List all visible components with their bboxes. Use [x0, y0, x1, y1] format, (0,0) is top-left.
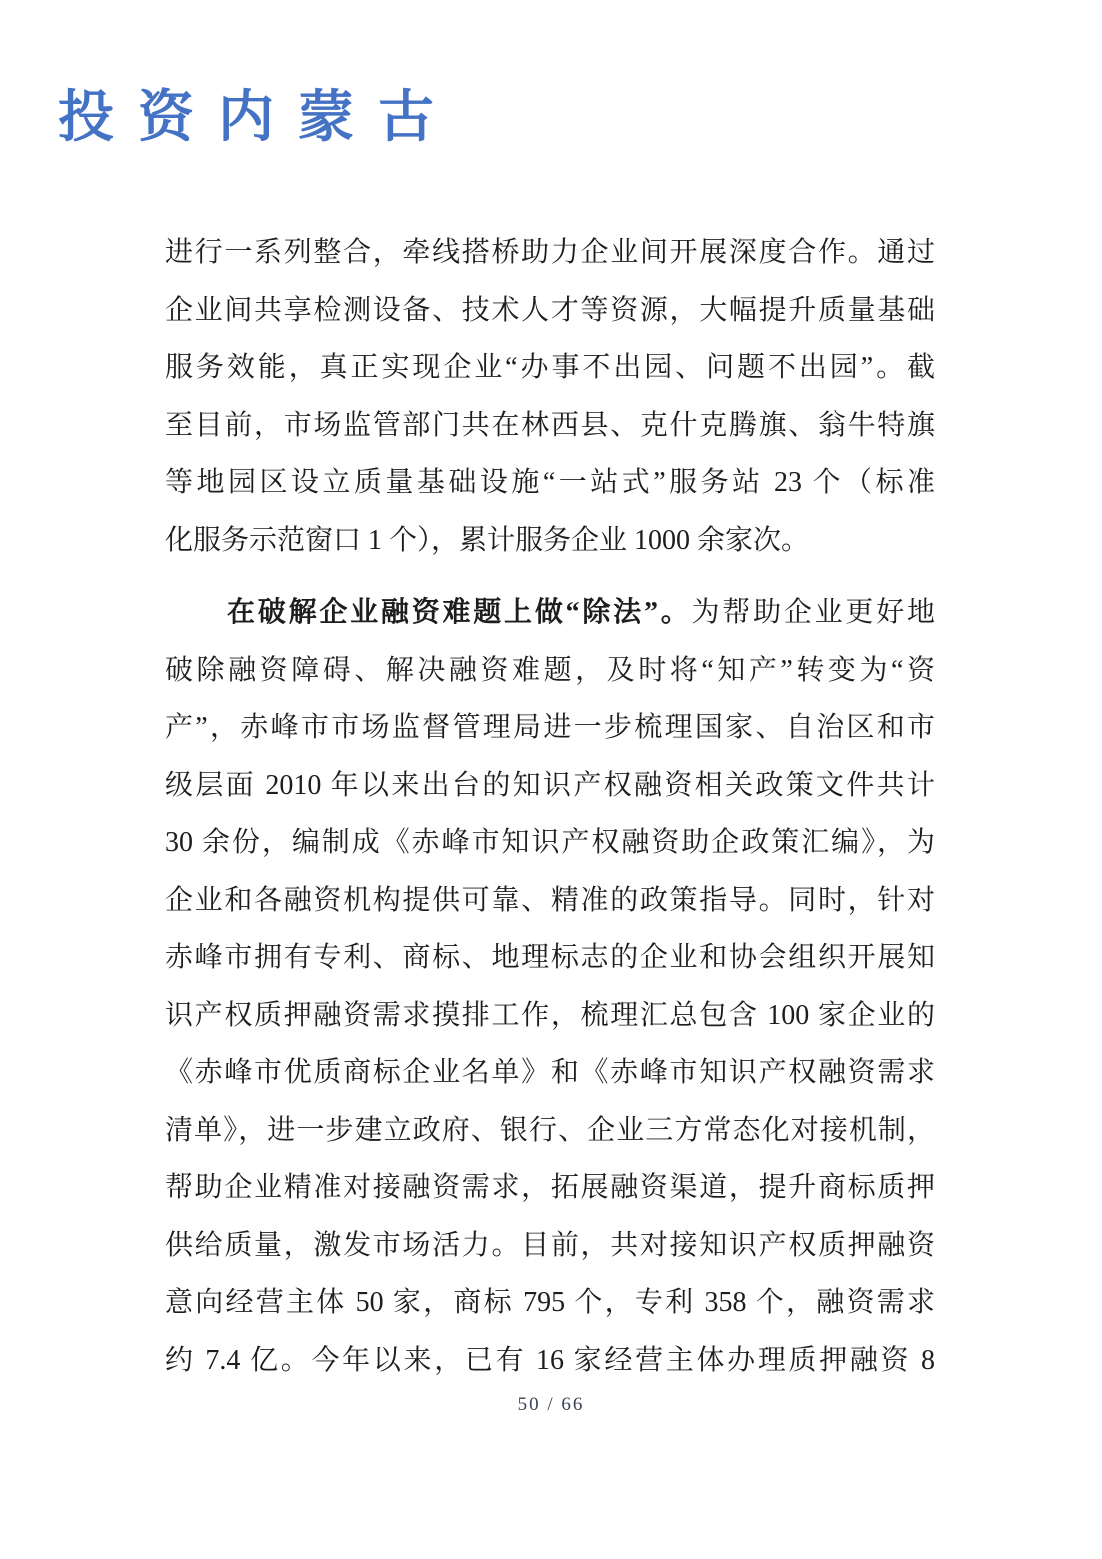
text-line: 30 余份，编制成《赤峰市知识产权融资助企政策汇编》，为: [165, 814, 935, 872]
text-line: 《赤峰市优质商标企业名单》和《赤峰市知识产权融资需求: [165, 1044, 935, 1102]
text-line: 级层面 2010 年以来出台的知识产权融资相关政策文件共计: [165, 757, 935, 815]
text-line: 至目前，市场监管部门共在林西县、克什克腾旗、翁牛特旗: [165, 397, 935, 455]
line-rest-text: 为帮助企业更好地: [692, 597, 935, 628]
text-line: 服务效能，真正实现企业“办事不出园、问题不出园”。截: [165, 339, 935, 397]
text-line: 化服务示范窗口 1 个），累计服务企业 1000 余家次。: [165, 512, 935, 570]
text-line: 供给质量，激发市场活力。目前，共对接知识产权质押融资: [165, 1217, 935, 1275]
text-line: 赤峰市拥有专利、商标、地理标志的企业和协会组织开展知: [165, 929, 935, 987]
text-line: 帮助企业精准对接融资需求，拓展融资渠道，提升商标质押: [165, 1159, 935, 1217]
page-number: 50 / 66: [0, 1394, 1102, 1416]
text-line: 企业和各融资机构提供可靠、精准的政策指导。同时，针对: [165, 872, 935, 930]
text-line: 约 7.4 亿。今年以来，已有 16 家经营主体办理质押融资 8: [165, 1332, 935, 1390]
paragraph-1: 进行一系列整合，牵线搭桥助力企业间开展深度合作。通过 企业间共享检测设备、技术人…: [165, 224, 935, 569]
text-line: 破除融资障碍、解决融资难题，及时将“知产”转变为“资: [165, 642, 935, 700]
text-line: 等地园区设立质量基础设施“一站式”服务站 23 个（标准: [165, 454, 935, 512]
text-line: 清单》，进一步建立政府、银行、企业三方常态化对接机制，: [165, 1102, 935, 1160]
text-line: 企业间共享检测设备、技术人才等资源，大幅提升质量基础: [165, 282, 935, 340]
document-page: 投 资 内 蒙 古 进行一系列整合，牵线搭桥助力企业间开展深度合作。通过 企业间…: [0, 0, 1102, 1559]
page-title: 投 资 内 蒙 古: [58, 84, 439, 152]
text-line: 在破解企业融资难题上做“除法”。为帮助企业更好地: [165, 584, 935, 642]
text-line: 识产权质押融资需求摸排工作，梳理汇总包含 100 家企业的: [165, 987, 935, 1045]
text-line: 意向经营主体 50 家，商标 795 个，专利 358 个，融资需求: [165, 1274, 935, 1332]
bold-lead-sentence: 在破解企业融资难题上做“除法”。: [227, 597, 692, 628]
text-line: 产”，赤峰市市场监督管理局进一步梳理国家、自治区和市: [165, 699, 935, 757]
document-body: 进行一系列整合，牵线搭桥助力企业间开展深度合作。通过 企业间共享检测设备、技术人…: [165, 224, 935, 1389]
paragraph-2: 在破解企业融资难题上做“除法”。为帮助企业更好地 破除融资障碍、解决融资难题，及…: [165, 584, 935, 1389]
text-line: 进行一系列整合，牵线搭桥助力企业间开展深度合作。通过: [165, 224, 935, 282]
